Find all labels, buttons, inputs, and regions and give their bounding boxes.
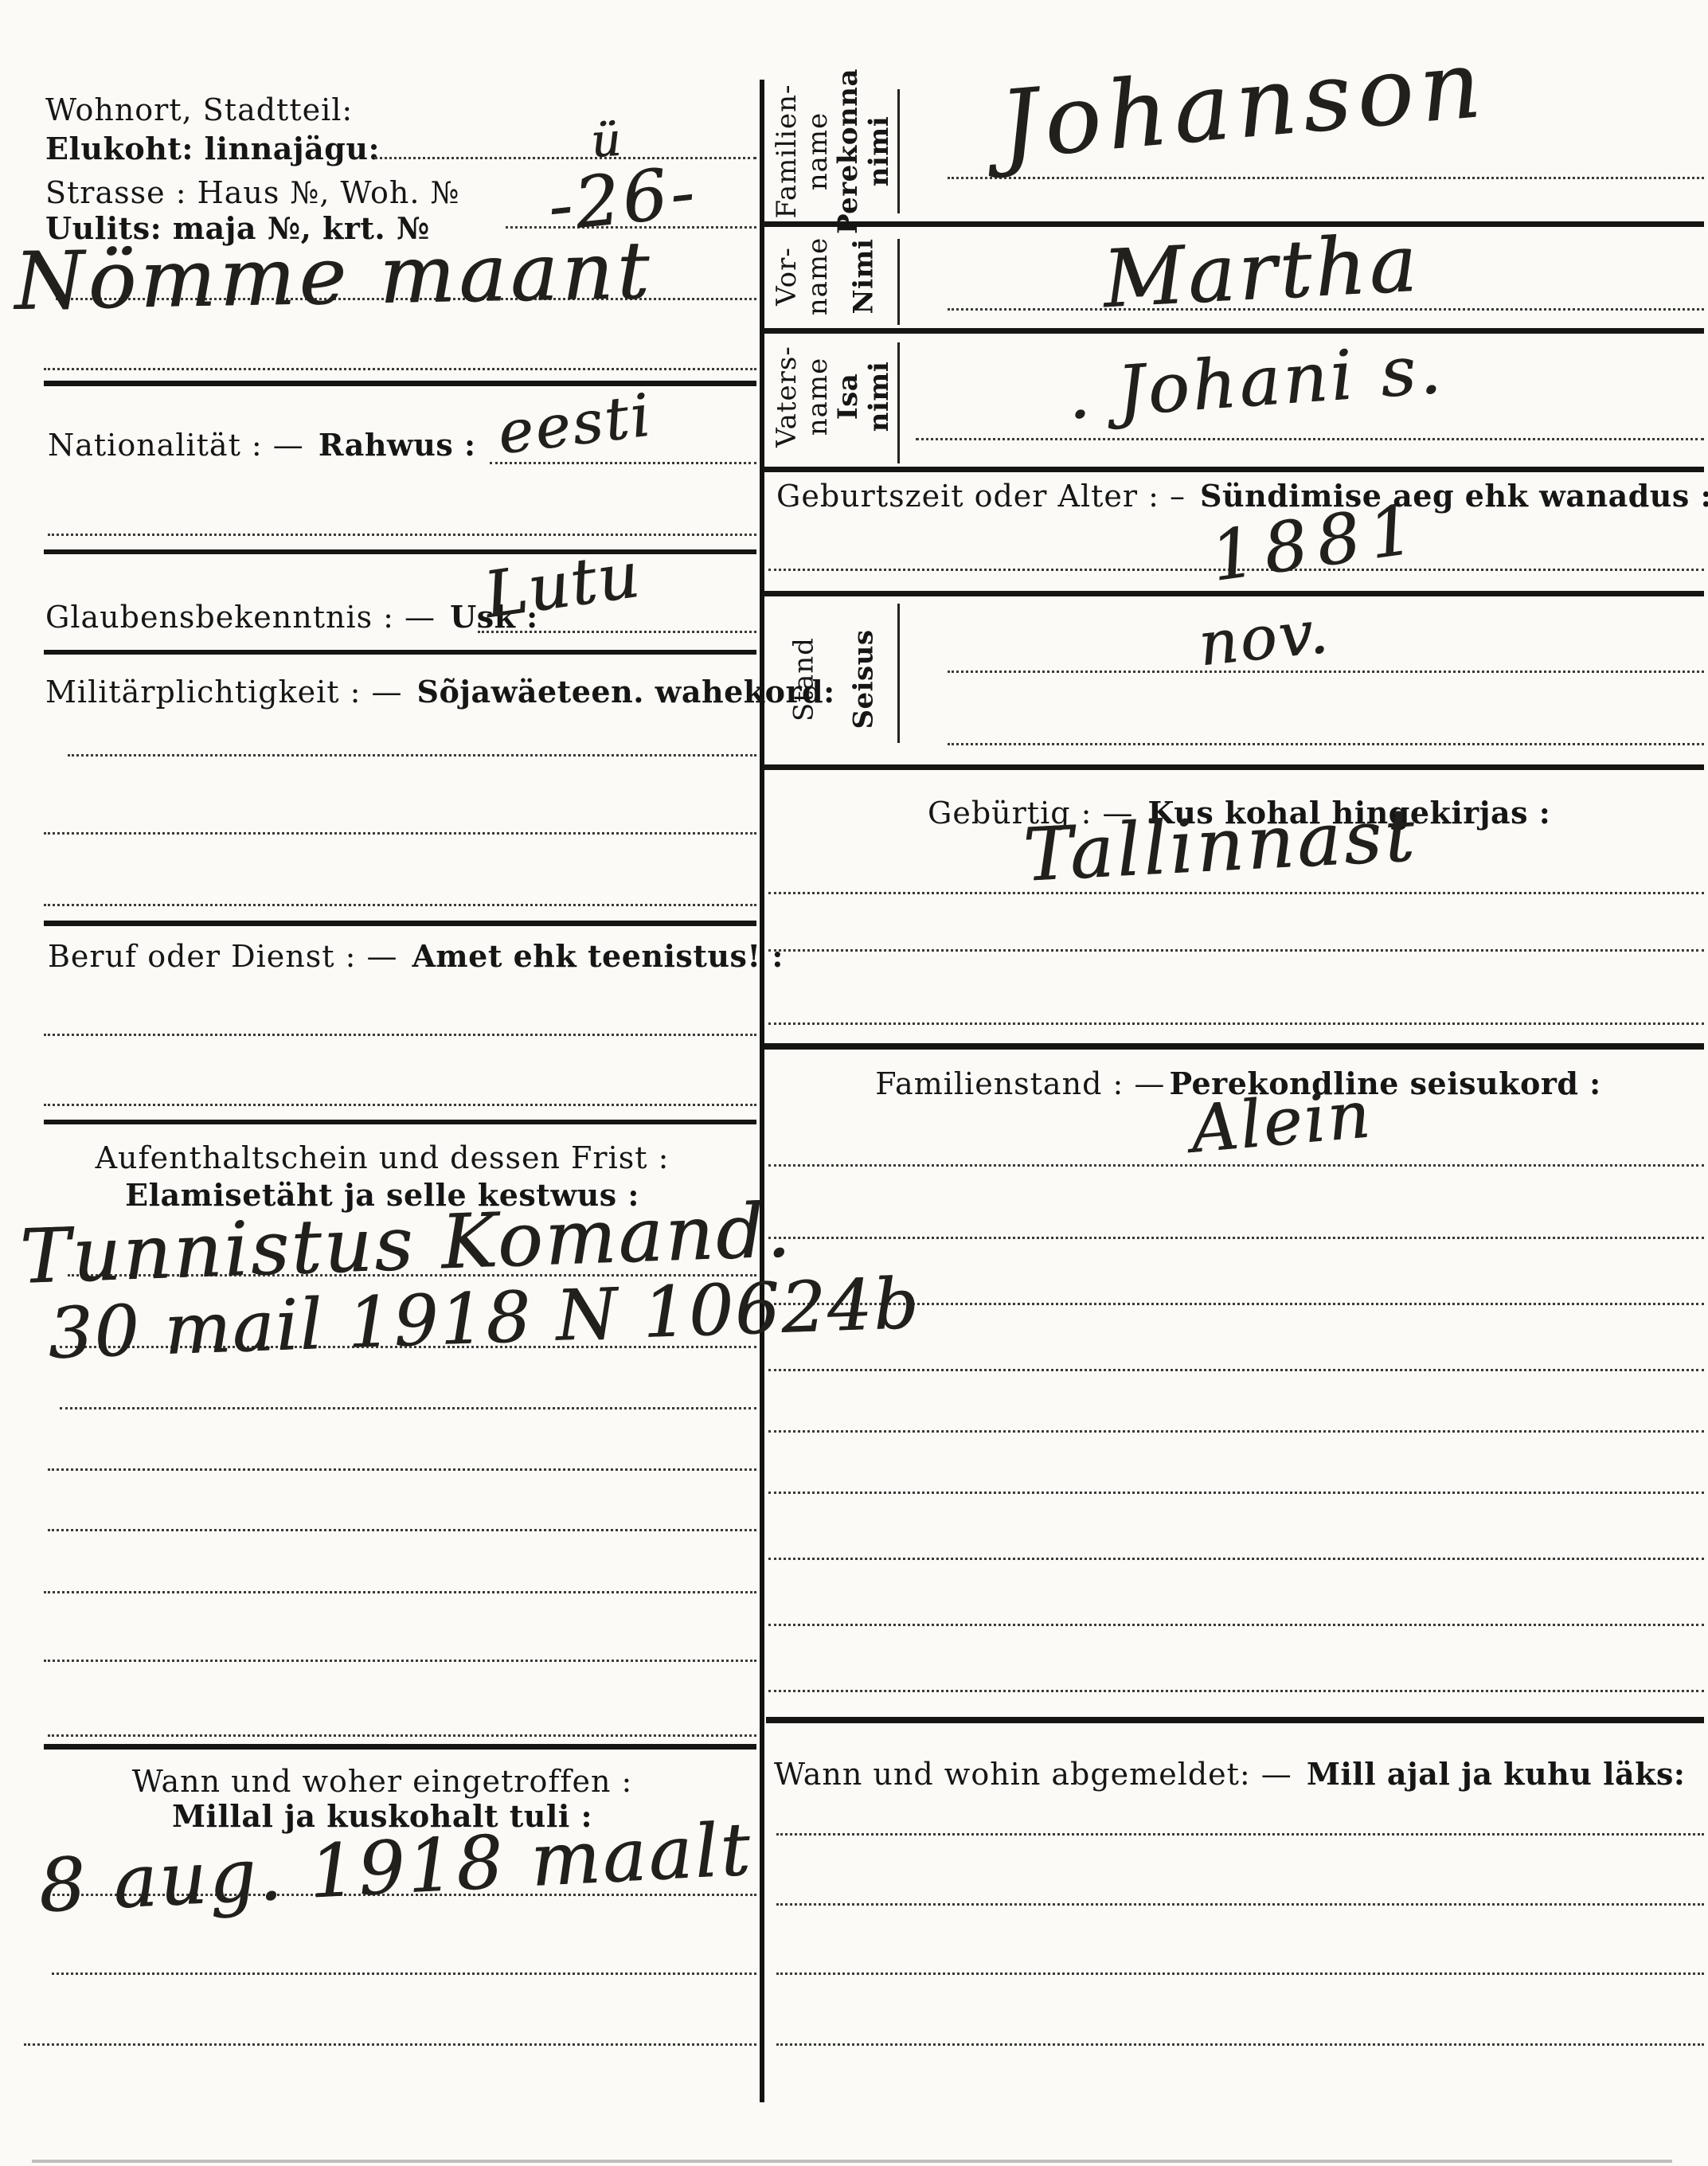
dotted-line (768, 1624, 1704, 1626)
dotted-line (48, 1734, 756, 1737)
dotted-line (48, 1529, 756, 1531)
birth-row: Geburtszeit oder Alter : – Sündimise aeg… (776, 478, 1708, 514)
label-familienstand-de: Familienstand : — (875, 1066, 1165, 1101)
religion-row: Glaubensbekenntnis : — Usk : (45, 599, 538, 635)
section-rule (44, 381, 756, 386)
scan-edge-artifact (32, 2160, 1672, 2163)
dotted-line (24, 2043, 756, 2046)
dotted-line (768, 949, 1704, 952)
label-nationalitaet-de: Nationalität : — (48, 428, 304, 463)
label-perekonnanimi-et: Perekonna nimi (833, 68, 895, 234)
label-geburtszeit-de: Geburtszeit oder Alter : – (776, 479, 1186, 514)
label-elukoht-et: Elukoht: linnajägu: (45, 131, 380, 166)
dotted-line (916, 438, 1704, 440)
label-militaerplichtigkeit-de: Militärplichtigkeit : — (45, 674, 403, 710)
label-stand-de: Stand (788, 637, 819, 721)
hand-street-name: Nömme maant (14, 224, 654, 328)
dotted-line (48, 1468, 756, 1471)
dotted-line (768, 1237, 1704, 1239)
label-rule (897, 342, 900, 463)
dotted-line (768, 1690, 1704, 1692)
section-rule (44, 1120, 756, 1124)
label-kuhulaks-et: Mill ajal ja kuhu läks: (1307, 1756, 1686, 1792)
section-rule (44, 921, 756, 926)
dotted-line (948, 671, 1704, 673)
section-rule (44, 1744, 756, 1750)
dotted-line (768, 1430, 1704, 1433)
label-seisus-et: Seisus (848, 629, 879, 729)
dotted-line (768, 892, 1704, 894)
registration-card-scan: Wohnort, Stadtteil: Elukoht: linnajägu: … (0, 0, 1708, 2166)
dotted-line (52, 1972, 756, 1975)
dotted-line (44, 1104, 756, 1106)
center-divider-rule (760, 80, 764, 2102)
label-rahwus-et: Rahwus : (319, 427, 476, 463)
hand-nationality: eesti (494, 381, 655, 468)
label-vatersname-de: Vaters- name (772, 346, 834, 448)
dotted-line (44, 1660, 756, 1662)
label-nimi-et: Nimi (848, 239, 879, 315)
label-rule (897, 239, 900, 325)
hand-family-status: Alein (1187, 1077, 1374, 1168)
label-amet-et: Amet ehk teenistus! : (412, 938, 783, 974)
label-rule (897, 89, 900, 213)
label-familienname-de: Familien- name (772, 84, 834, 219)
dotted-line (44, 832, 756, 835)
label-glaubensbekenntnis-de: Glaubensbekenntnis : — (45, 600, 436, 635)
departure-row: Wann und wohin abgemeldet: — Mill ajal j… (774, 1756, 1685, 1792)
dotted-line (374, 157, 756, 159)
label-aufenthaltschein-de: Aufenthaltschein und dessen Frist : (24, 1140, 741, 1175)
row-rule (763, 467, 1704, 472)
row-rule (763, 764, 1704, 770)
section-rule (44, 650, 756, 655)
label-rule (897, 604, 900, 743)
dotted-line (478, 631, 756, 633)
dotted-line (776, 1972, 1704, 1975)
dotted-line (44, 368, 756, 370)
military-row: Militärplichtigkeit : — Sõjawäeteen. wah… (45, 674, 835, 710)
dotted-line (948, 743, 1704, 745)
hand-status: nov. (1195, 596, 1333, 680)
dotted-line (768, 1164, 1704, 1167)
dotted-line (776, 2043, 1704, 2046)
dotted-line (768, 1022, 1704, 1025)
hand-firstname: Martha (1100, 217, 1422, 326)
row-rule (763, 328, 1704, 334)
dotted-line (68, 754, 756, 757)
hand-surname: Johanson (995, 29, 1491, 181)
label-vorname-de: Vor- name (772, 237, 834, 316)
label-wohnort-de: Wohnort, Stadtteil: (45, 92, 353, 127)
label-eingetroffen-de: Wann und woher eingetroffen : (24, 1764, 741, 1799)
dotted-line (768, 1369, 1704, 1371)
dotted-line (776, 1903, 1704, 1906)
dotted-line (44, 1591, 756, 1593)
dotted-line (48, 534, 756, 536)
section-rule (44, 549, 756, 554)
nationality-row: Nationalität : — Rahwus : (48, 427, 476, 463)
label-abgemeldet-de: Wann und wohin abgemeldet: — (774, 1757, 1292, 1792)
label-sojawaeteen-et: Sõjawäeteen. wahekord: (417, 674, 835, 710)
dotted-line (768, 1558, 1704, 1560)
dotted-line (44, 904, 756, 906)
section-rule (766, 1717, 1704, 1723)
hand-father-name: . Johani s. (1065, 330, 1446, 436)
dotted-line (948, 177, 1704, 179)
dotted-line (768, 1492, 1704, 1494)
dotted-line (44, 1034, 756, 1036)
dotted-line (60, 1407, 756, 1409)
label-beruf-de: Beruf oder Dienst : — (48, 939, 397, 974)
label-isanimi-et: Isa nimi (833, 362, 895, 432)
dotted-line (776, 1833, 1704, 1836)
label-strasse-de: Strasse : Haus №, Woh. № (45, 175, 460, 210)
occupation-row: Beruf oder Dienst : — Amet ehk teenistus… (48, 938, 784, 974)
section-rule (764, 1043, 1704, 1050)
